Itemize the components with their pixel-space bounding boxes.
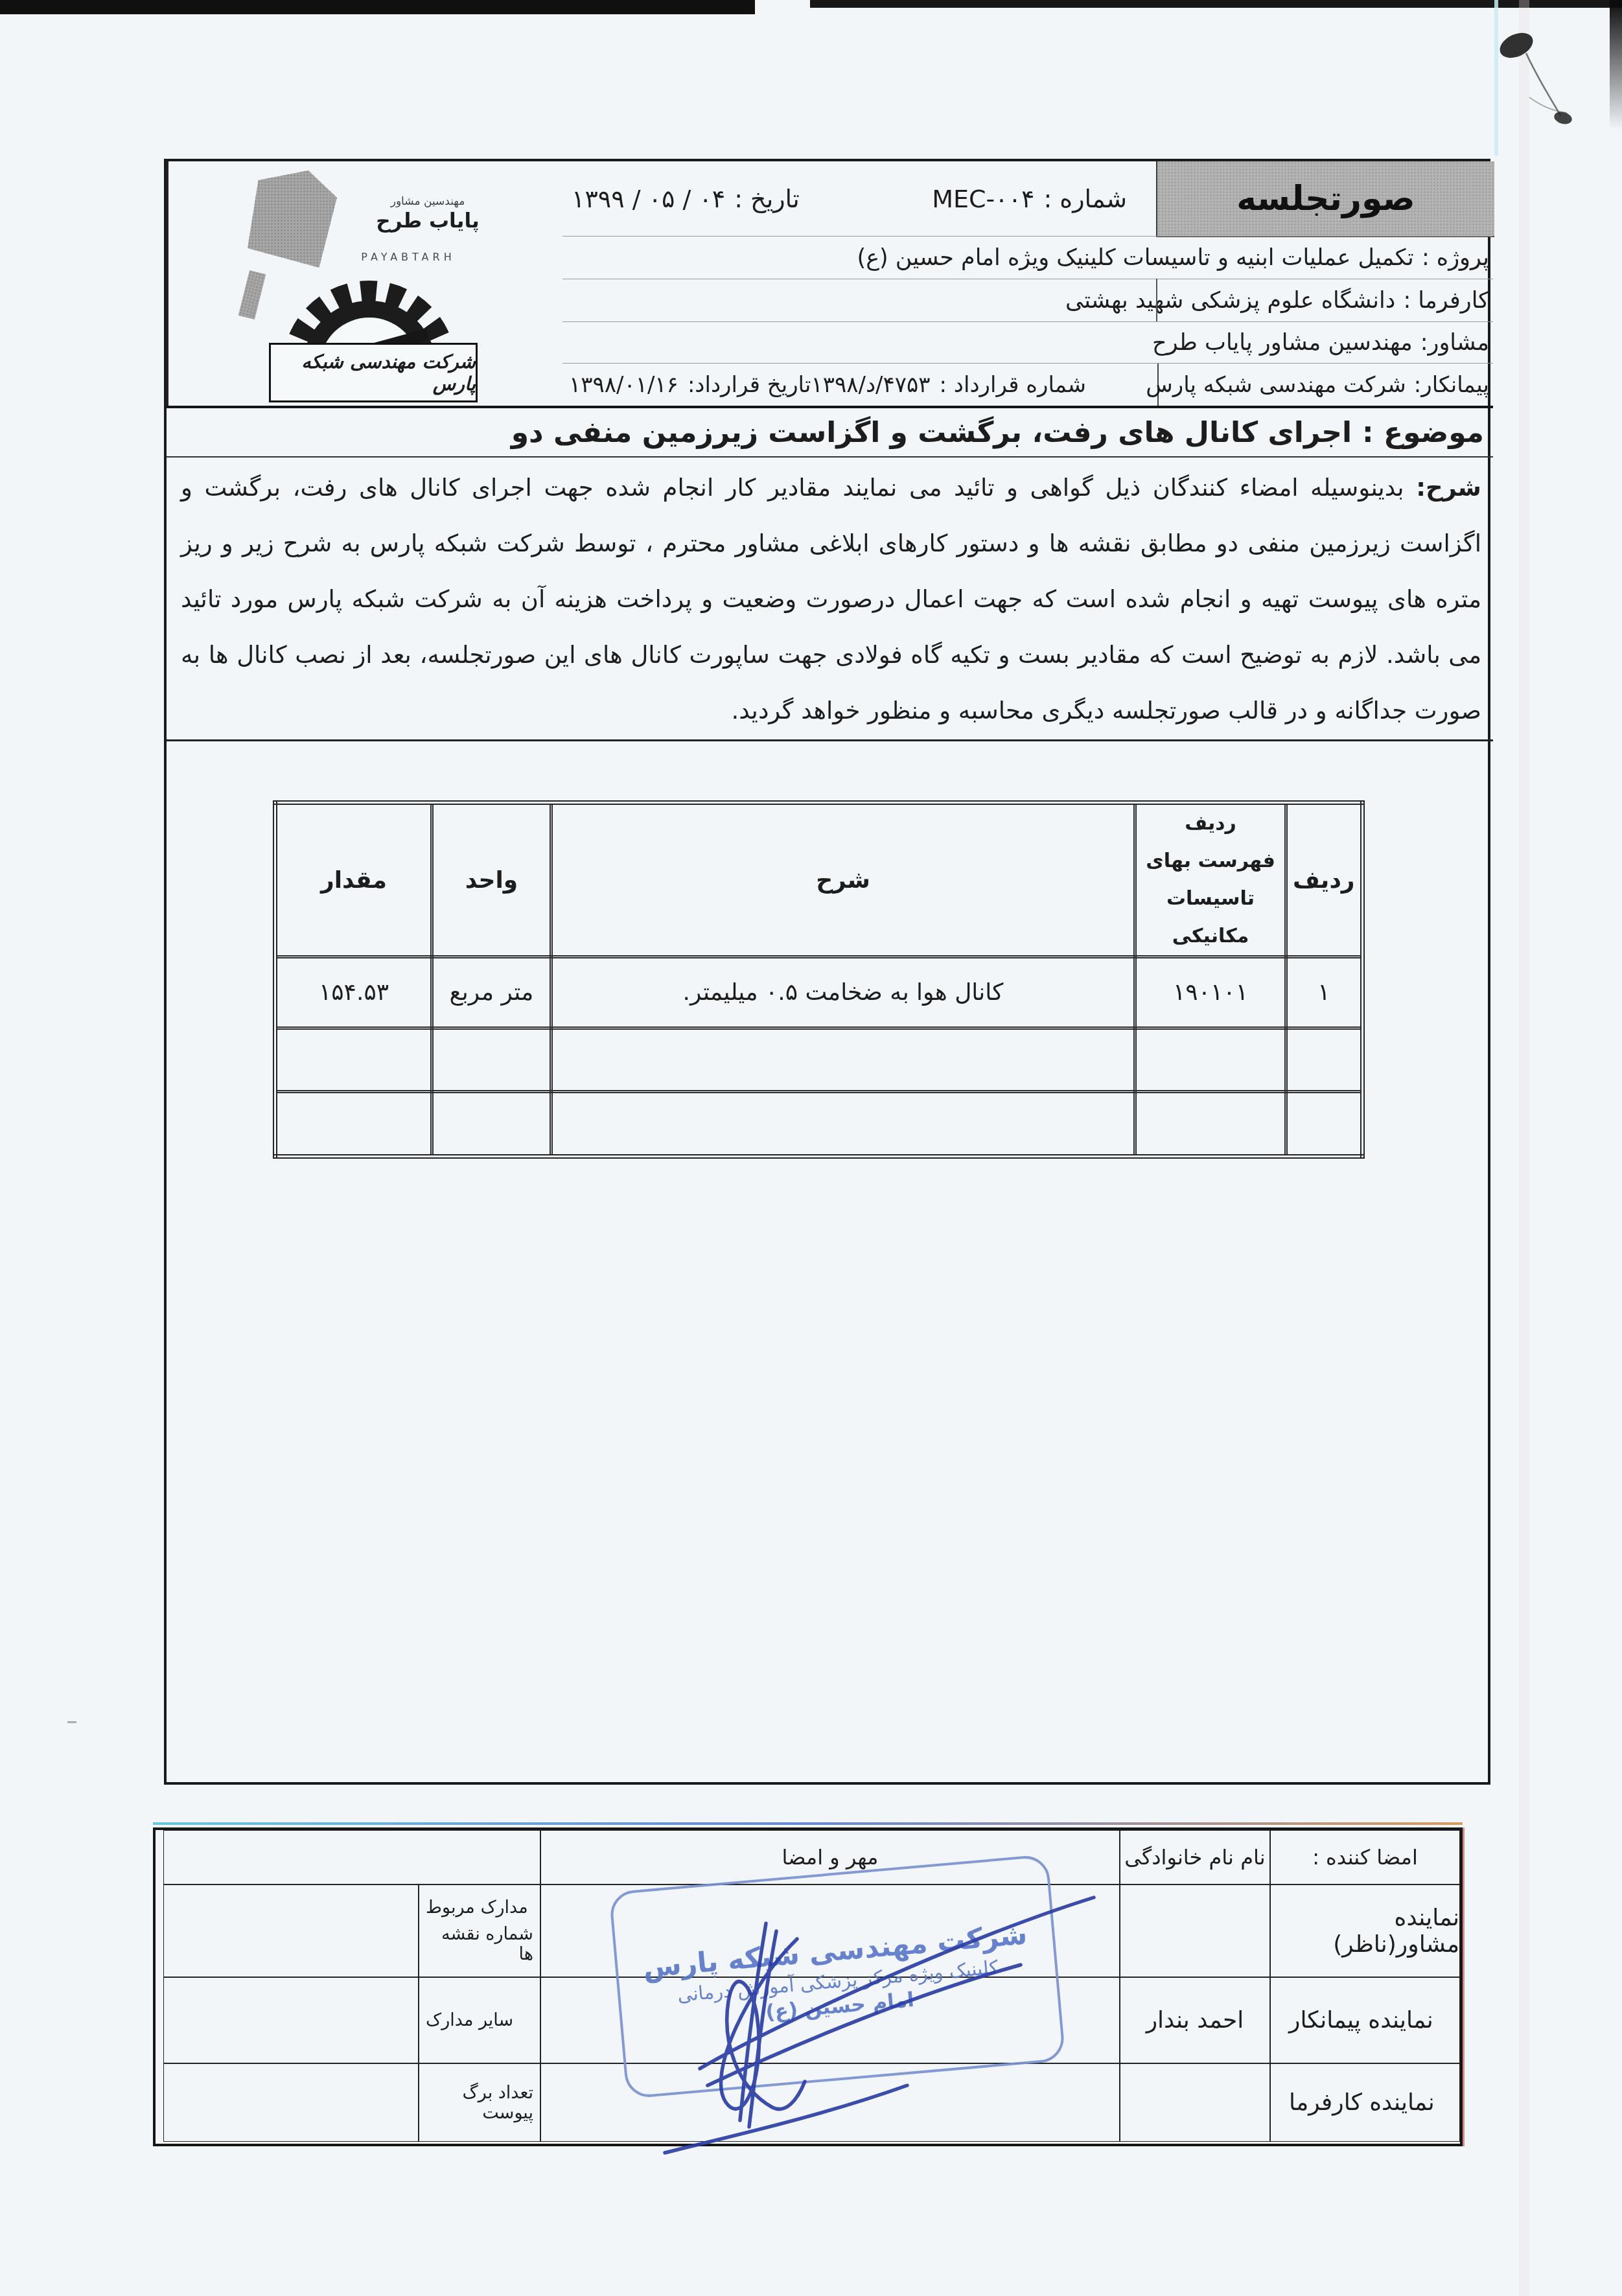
project-row: پروژه : تکمیل عملیات ابنیه و تاسیسات کلی… (562, 236, 1493, 279)
doc-label-line1: مدارک مربوط (426, 1897, 528, 1918)
contract-date: تاریخ قرارداد: ۱۳۹۸/۰۱/۱۶ (569, 372, 811, 398)
client-value: دانشگاه علوم پزشکی شهید بهشتی (1065, 288, 1395, 314)
item-description: کانال هوا به ضخامت ۰.۵ میلیمتر. (551, 957, 1135, 1028)
client-representative-label: نماینده کارفرما (1270, 2063, 1460, 2142)
related-documents-label: مدارک مربوط شماره نقشه ها (419, 1884, 540, 1977)
other-documents-label: سایر مدارک (419, 1977, 540, 2063)
item-unit (432, 1092, 551, 1157)
description-box: شرح: بدینوسیله امضاء کنندگان ذیل گواهی و… (167, 456, 1493, 741)
number-label: شماره : (1043, 185, 1127, 213)
table-row: ۱ ۱۹۰۱۰۱ کانال هوا به ضخامت ۰.۵ میلیمتر.… (275, 957, 1363, 1028)
item-row-no (1286, 1028, 1363, 1092)
empty-cell (163, 1977, 419, 2063)
item-list-no (1135, 1028, 1286, 1092)
col-header-quantity: مقدار (275, 803, 432, 957)
item-unit: متر مربع (432, 957, 551, 1028)
subject-row: موضوع : اجرای کانال های رفت، برگشت و اگز… (167, 406, 1493, 456)
scan-artifact-right-edge (1610, 0, 1622, 130)
subject-text: اجرای کانال های رفت، برگشت و اگزاست زیرز… (511, 416, 1352, 449)
subject-label: موضوع : (1362, 416, 1484, 449)
consultant-value: مهندسین مشاور پایاب طرح (1152, 330, 1413, 356)
col-header-unit: واحد (432, 803, 551, 957)
doc-label-line1: سایر مدارک (426, 2010, 513, 2030)
scan-artifact-red-fringe (1463, 1827, 1465, 2146)
name-column-header: نام نام خانوادگی (1120, 1830, 1270, 1884)
contractor-representative-name: احمد بندار (1120, 1977, 1270, 2063)
scan-artifact-left-mark (67, 1721, 76, 1723)
contract-number-label: شماره قرارداد : (940, 372, 1086, 398)
item-quantity (275, 1092, 432, 1157)
description-text: بدینوسیله امضاء کنندگان ذیل گواهی و تائی… (181, 474, 1481, 725)
client-row-divider (1156, 279, 1157, 321)
item-list-no (1135, 1092, 1286, 1157)
document-date: تاریخ : ۰۴ / ۰۵ / ۱۳۹۹ (572, 185, 800, 213)
contractor-cell: پیمانکار: شرکت مهندسی شبکه پارس (1157, 364, 1493, 406)
contract-date-value: ۱۳۹۸/۰۱/۱۶ (569, 372, 678, 398)
table-row (275, 1028, 1363, 1092)
scan-artifact-color-fringe (153, 1822, 1463, 1825)
contract-date-label: تاریخ قرارداد: (688, 372, 811, 398)
form-main-box: مهندسین مشاور پایاب طرح PAYABTARH شرکت م… (164, 159, 1490, 1785)
col-header-list-no: ردیف فهرست بهای تاسیسات مکانیکی (1135, 803, 1286, 957)
client-label: کارفرما : (1403, 288, 1489, 314)
header-empty-cell (163, 1830, 540, 1884)
attachment-sheets-label: تعداد برگ پیوست (419, 2063, 540, 2142)
col-header-row-no: ردیف (1286, 803, 1363, 957)
items-table: ردیف ردیف فهرست بهای تاسیسات مکانیکی شرح… (273, 800, 1365, 1159)
item-description (551, 1028, 1135, 1092)
empty-cell (163, 2063, 419, 2142)
description-label: شرح: (1416, 474, 1481, 502)
item-row-no (1286, 1092, 1363, 1157)
client-row: کارفرما : دانشگاه علوم پزشکی شهید بهشتی (562, 279, 1493, 321)
item-quantity (275, 1028, 432, 1092)
item-unit (432, 1028, 551, 1092)
document-type-title: صورتجلسه (1156, 161, 1494, 237)
contractor-value: شرکت مهندسی شبکه پارس (1146, 372, 1406, 398)
ink-smudge (1490, 19, 1607, 162)
item-description (551, 1092, 1135, 1157)
contractor-representative-label: نماینده پیمانکار (1270, 1977, 1460, 2063)
consultant-representative-name (1120, 1884, 1270, 1977)
handwritten-signature (603, 1860, 1115, 2164)
item-row-no: ۱ (1286, 957, 1363, 1028)
date-value: ۰۴ / ۰۵ / ۱۳۹۹ (572, 185, 725, 213)
consultant-firm-caption: مهندسین مشاور (363, 195, 492, 208)
date-label: تاریخ : (734, 185, 800, 213)
logo-gray-shape-small (238, 270, 266, 319)
consultant-representative-label: نماینده مشاور(ناظر) (1270, 1884, 1460, 1977)
items-table-header-row: ردیف ردیف فهرست بهای تاسیسات مکانیکی شرح… (275, 803, 1363, 957)
empty-cell (163, 1884, 419, 1977)
document-number: شماره : MEC-۰۰۴ (932, 185, 1127, 213)
consultant-firm-name: پایاب طرح (363, 209, 492, 233)
item-list-no: ۱۹۰۱۰۱ (1135, 957, 1286, 1028)
scanned-document-page: مهندسین مشاور پایاب طرح PAYABTARH شرکت م… (0, 0, 1622, 2296)
logo-cell: مهندسین مشاور پایاب طرح PAYABTARH شرکت م… (167, 161, 564, 408)
project-label: پروژه : (1422, 245, 1489, 271)
contractor-label: پیمانکار: (1414, 372, 1489, 398)
contract-number: شماره قرارداد : ۴۷۵۳/د/۱۳۹۸ (811, 372, 1086, 398)
contractor-contract-row: پیمانکار: شرکت مهندسی شبکه پارس شماره قر… (562, 363, 1493, 406)
consultant-label: مشاور: (1420, 330, 1489, 356)
doc-label-line2: شماره نقشه ها (426, 1924, 533, 1964)
contractor-logo-box: شرکت مهندسی شبکه پارس (269, 343, 478, 402)
item-quantity: ۱۵۴.۵۳ (275, 957, 432, 1028)
signer-column-header: امضا کننده : (1270, 1830, 1460, 1884)
project-value: تکمیل عملیات ابنیه و تاسیسات کلینیک ویژه… (857, 245, 1413, 271)
number-date-row: شماره : MEC-۰۰۴ تاریخ : ۰۴ / ۰۵ / ۱۳۹۹ (562, 161, 1156, 236)
consultant-row: مشاور: مهندسین مشاور پایاب طرح (562, 321, 1493, 363)
scan-artifact-top-strip-right (810, 0, 1622, 8)
client-representative-name (1120, 2063, 1270, 2142)
contract-number-value: ۴۷۵۳/د/۱۳۹۸ (811, 372, 930, 398)
scan-artifact-top-strip-left (0, 0, 755, 14)
doc-label-line1: تعداد برگ پیوست (426, 2083, 533, 2123)
scan-artifact-pink-streak (1519, 0, 1529, 2296)
number-value: MEC-۰۰۴ (932, 185, 1034, 213)
col-header-description: شرح (551, 803, 1135, 957)
contract-info-cell: شماره قرارداد : ۴۷۵۳/د/۱۳۹۸ تاریخ قراردا… (562, 364, 1157, 406)
table-row (275, 1092, 1363, 1157)
consultant-firm-latin: PAYABTARH (321, 251, 496, 263)
